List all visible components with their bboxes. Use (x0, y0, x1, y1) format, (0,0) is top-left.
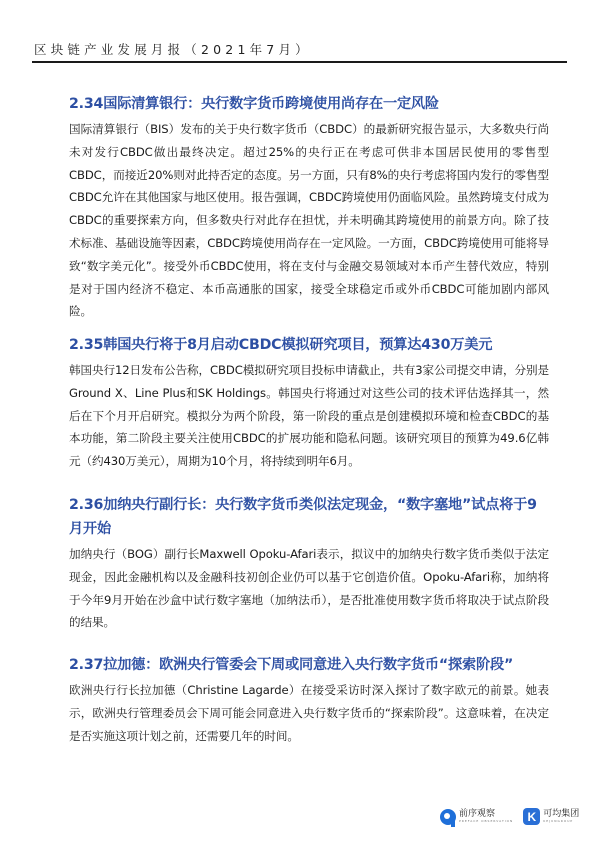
section-2-34: 2.34国际清算银行：央行数字货币跨境使用尚存在一定风险 国际清算银行（BIS）… (69, 92, 549, 323)
section-2-35: 2.35韩国央行将于8月启动CBDC模拟研究项目，预算达430万美元 韩国央行1… (69, 333, 549, 473)
section-body: 韩国央行12日发布公告称，CBDC模拟研究项目投标申请截止，共有3家公司提交申请… (69, 359, 549, 473)
section-title: 2.35韩国央行将于8月启动CBDC模拟研究项目，预算达430万美元 (69, 333, 549, 357)
qianxu-logo-icon (440, 809, 456, 825)
footer-logos: 前序观察 PREFACE OBSERVATION K 可均集团 KEJUNGRO… (440, 808, 579, 825)
section-title: 2.36加纳央行副行长：央行数字货币类似法定现金，“数字塞地”试点将于9月开始 (69, 493, 549, 541)
section-body: 国际清算银行（BIS）发布的关于央行数字货币（CBDC）的最新研究报告显示，大多… (69, 118, 549, 323)
logo-name: 前序观察 (459, 810, 513, 819)
kejun-logo: K 可均集团 KEJUNGROUP (523, 808, 579, 825)
logo-name: 可均集团 (543, 810, 579, 819)
section-body: 欧洲央行行长拉加德（Christine Lagarde）在接受采访时深入探讨了数… (69, 679, 549, 747)
kejun-logo-icon: K (523, 808, 540, 825)
section-body: 加纳央行（BOG）副行长Maxwell Opoku-Afari表示，拟议中的加纳… (69, 543, 549, 634)
section-2-37: 2.37拉加德：欧洲央行管委会下周或同意进入央行数字货币“探索阶段” 欧洲央行行… (69, 653, 549, 747)
report-header-title: 区块链产业发展月报（2021年7月） (34, 40, 312, 58)
section-2-36: 2.36加纳央行副行长：央行数字货币类似法定现金，“数字塞地”试点将于9月开始 … (69, 493, 549, 634)
header-divider (32, 61, 567, 63)
section-title: 2.37拉加德：欧洲央行管委会下周或同意进入央行数字货币“探索阶段” (69, 653, 549, 677)
logo-subtitle: PREFACE OBSERVATION (459, 820, 513, 823)
section-title: 2.34国际清算银行：央行数字货币跨境使用尚存在一定风险 (69, 92, 549, 116)
qianxu-logo: 前序观察 PREFACE OBSERVATION (440, 809, 513, 825)
logo-subtitle: KEJUNGROUP (543, 820, 579, 823)
